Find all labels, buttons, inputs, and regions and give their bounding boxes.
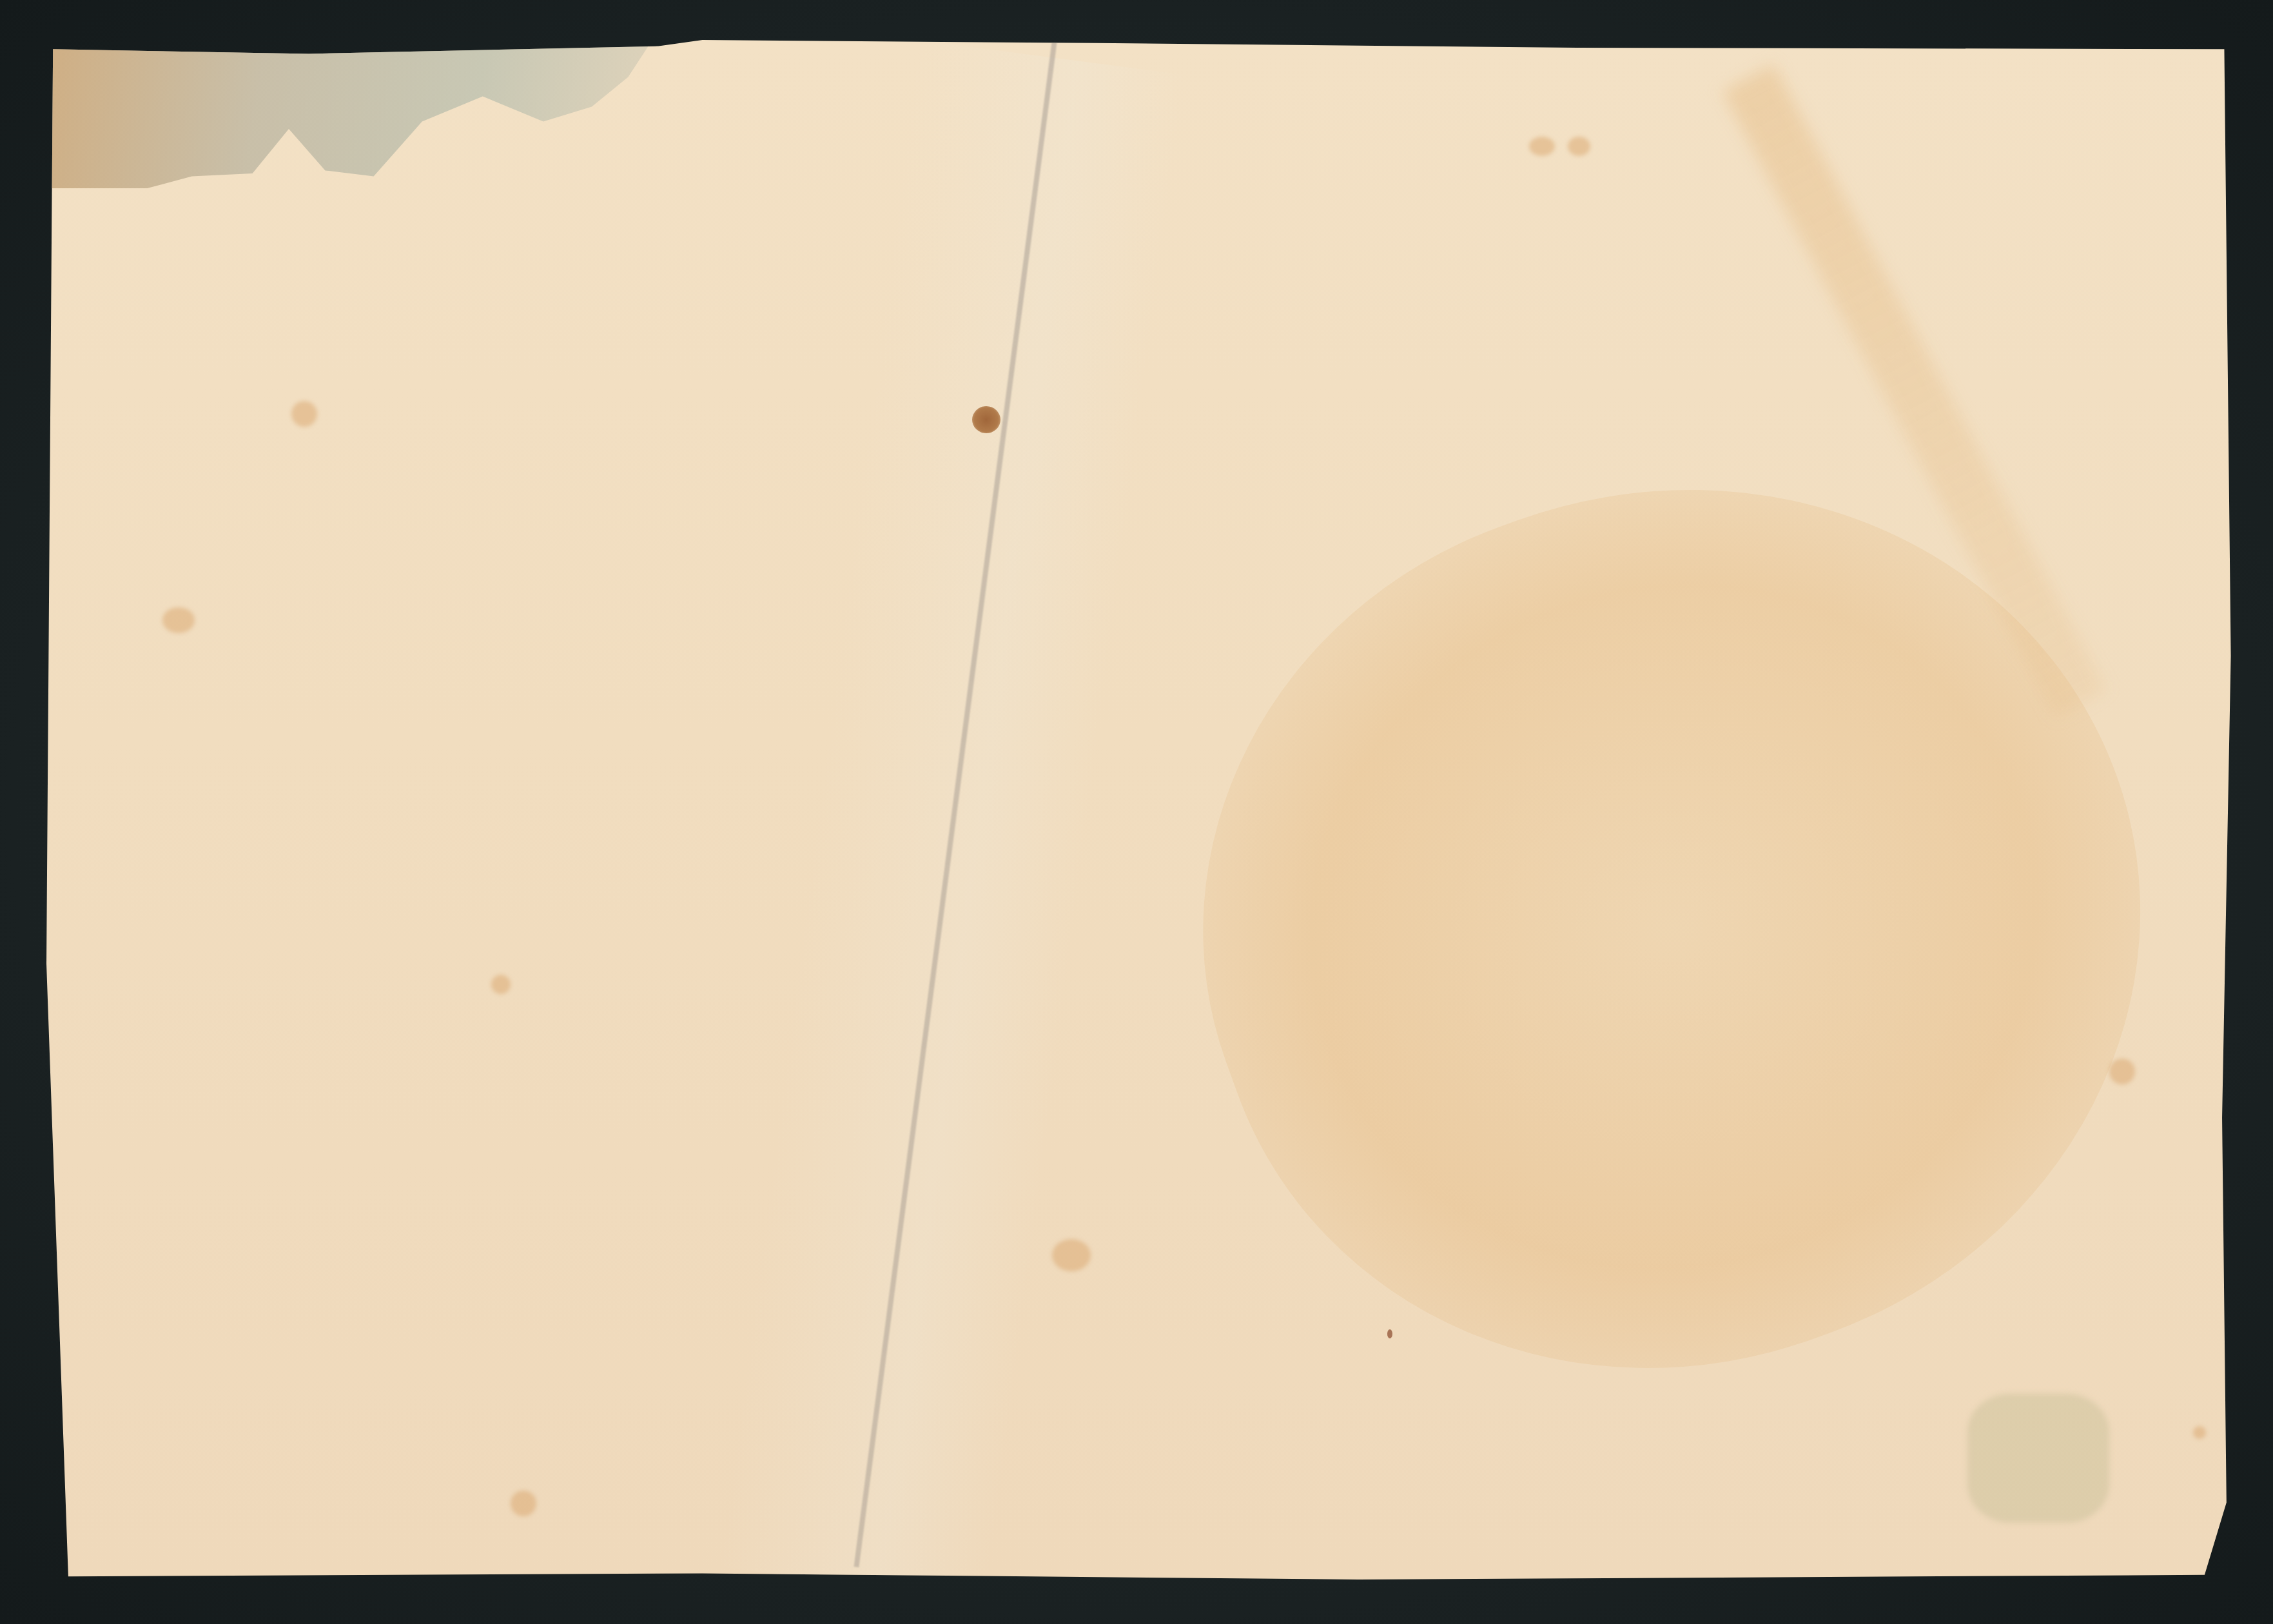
foxing-spot [2193,1426,2206,1439]
foxing-spot [1052,1239,1091,1271]
foxing-spot [491,975,511,994]
paper-sheet [46,40,2233,1580]
foxing-spot [1387,1329,1392,1338]
foxing-spot [291,401,317,427]
water-stain [46,40,652,188]
foxing-spot [511,1491,536,1516]
foxing-spot [1568,137,1590,156]
corner-stain [1967,1394,2109,1523]
foxing-spot [1529,137,1555,156]
foxing-spot [162,607,195,633]
foxing-spot [2109,1059,2135,1084]
foxing-stain [1086,358,2262,1496]
rust-spot [972,406,1000,433]
